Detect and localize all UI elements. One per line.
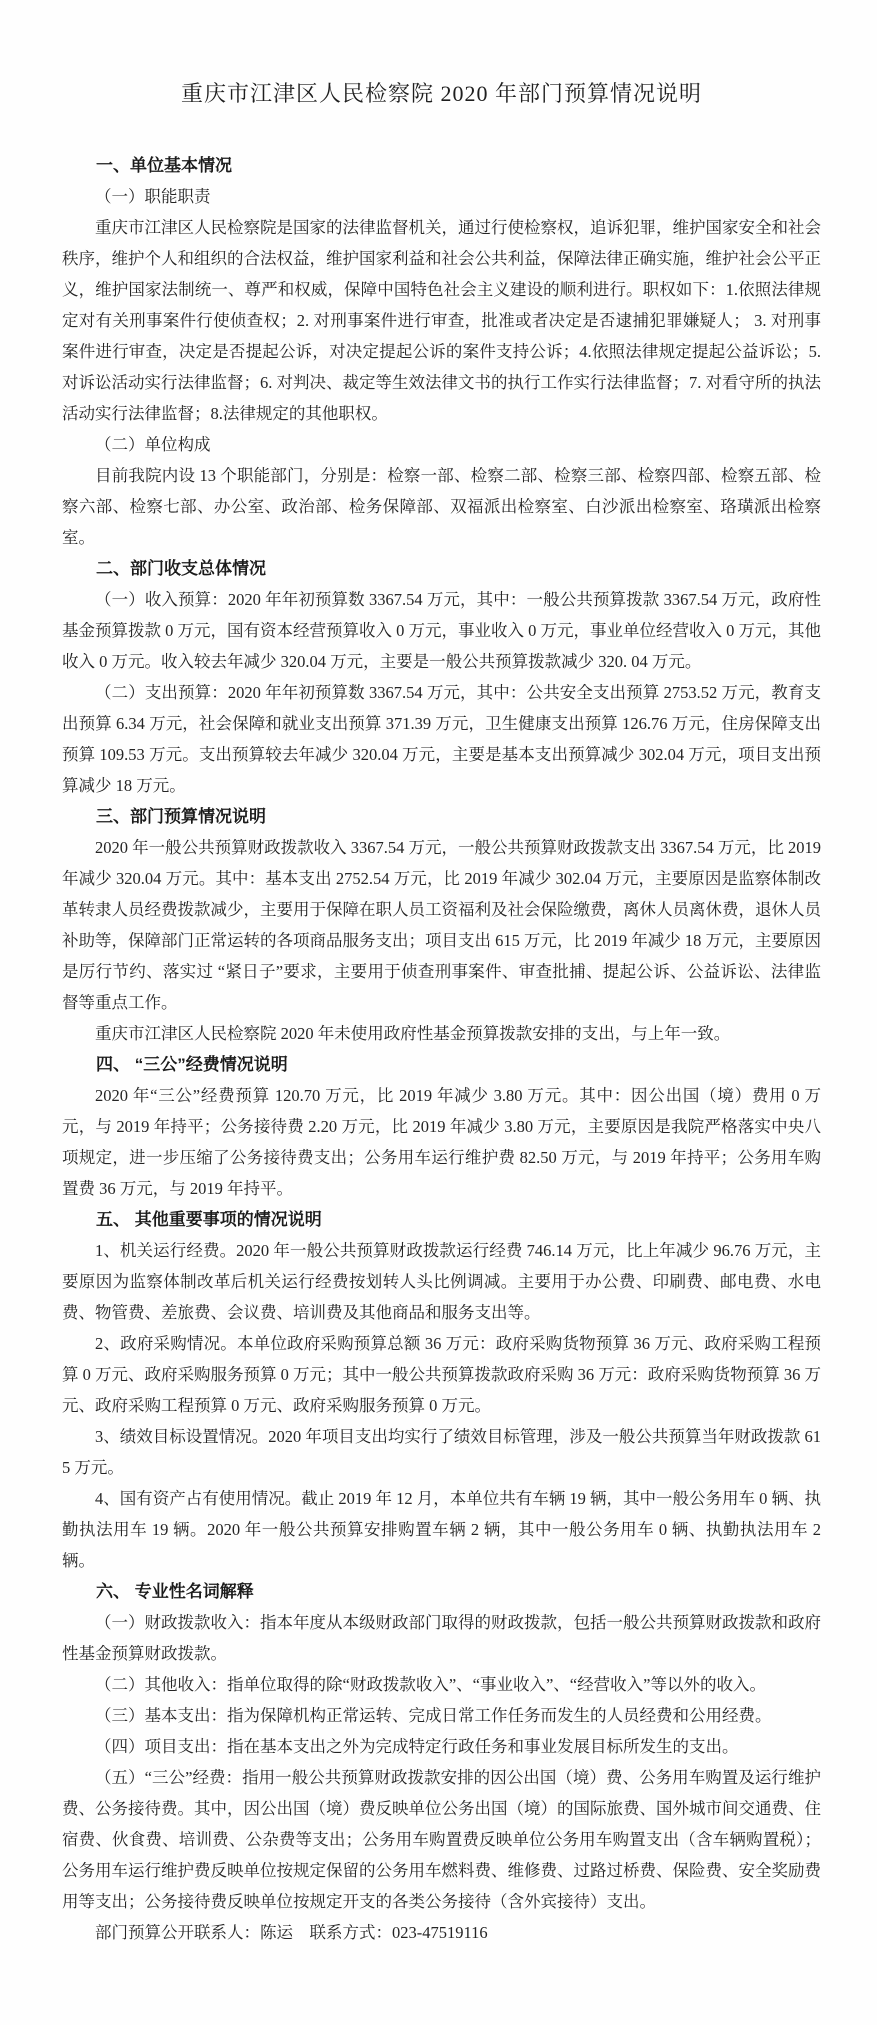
section-2-heading: 二、部门收支总体情况 xyxy=(62,553,821,584)
section-6-term-three-public-funds: （五）“三公”经费：指用一般公共预算财政拨款安排的因公出国（境）费、公务用车购置… xyxy=(62,1762,821,1917)
section-5-paragraph-procurement: 2、政府采购情况。本单位政府采购预算总额 36 万元：政府采购货物预算 36 万… xyxy=(62,1328,821,1421)
section-1-paragraph-structure: 目前我院内设 13 个职能部门，分别是：检察一部、检察二部、检察三部、检察四部、… xyxy=(62,460,821,553)
section-3-paragraph-budget-detail: 2020 年一般公共预算财政拨款收入 3367.54 万元，一般公共预算财政拨款… xyxy=(62,832,821,1018)
section-3-paragraph-gov-fund: 重庆市江津区人民检察院 2020 年未使用政府性基金预算拨款安排的支出，与上年一… xyxy=(62,1018,821,1049)
section-1-subheading-structure: （二）单位构成 xyxy=(62,429,821,460)
section-6-heading: 六、 专业性名词解释 xyxy=(62,1576,821,1607)
section-1-subheading-duties: （一）职能职责 xyxy=(62,181,821,212)
section-5-paragraph-operating-cost: 1、机关运行经费。2020 年一般公共预算财政拨款运行经费 746.14 万元，… xyxy=(62,1235,821,1328)
section-5-paragraph-state-assets: 4、国有资产占有使用情况。截止 2019 年 12 月，本单位共有车辆 19 辆… xyxy=(62,1483,821,1576)
section-4-heading: 四、 “三公”经费情况说明 xyxy=(62,1049,821,1080)
section-6-term-basic-expenditure: （三）基本支出：指为保障机构正常运转、完成日常工作任务而发生的人员经费和公用经费… xyxy=(62,1700,821,1731)
budget-document-page: 重庆市江津区人民检察院 2020 年部门预算情况说明 一、单位基本情况 （一）职… xyxy=(0,0,877,2025)
contact-info: 部门预算公开联系人：陈运 联系方式：023-47519116 xyxy=(62,1917,821,1948)
section-5-paragraph-performance: 3、绩效目标设置情况。2020 年项目支出均实行了绩效目标管理，涉及一般公共预算… xyxy=(62,1421,821,1483)
section-1-heading: 一、单位基本情况 xyxy=(62,150,821,181)
section-3-heading: 三、部门预算情况说明 xyxy=(62,801,821,832)
section-2-paragraph-expenditure: （二）支出预算：2020 年年初预算数 3367.54 万元，其中：公共安全支出… xyxy=(62,677,821,801)
section-6-term-fiscal-appropriation: （一）财政拨款收入：指本年度从本级财政部门取得的财政拨款，包括一般公共预算财政拨… xyxy=(62,1607,821,1669)
section-5-heading: 五、 其他重要事项的情况说明 xyxy=(62,1204,821,1235)
section-6-term-project-expenditure: （四）项目支出：指在基本支出之外为完成特定行政任务和事业发展目标所发生的支出。 xyxy=(62,1731,821,1762)
document-title: 重庆市江津区人民检察院 2020 年部门预算情况说明 xyxy=(62,80,821,108)
section-6-term-other-income: （二）其他收入：指单位取得的除“财政拨款收入”、“事业收入”、“经营收入”等以外… xyxy=(62,1669,821,1700)
section-1-paragraph-duties: 重庆市江津区人民检察院是国家的法律监督机关，通过行使检察权，追诉犯罪，维护国家安… xyxy=(62,212,821,429)
section-4-paragraph-three-public: 2020 年“三公”经费预算 120.70 万元，比 2019 年减少 3.80… xyxy=(62,1080,821,1204)
section-2-paragraph-income: （一）收入预算：2020 年年初预算数 3367.54 万元，其中：一般公共预算… xyxy=(62,584,821,677)
